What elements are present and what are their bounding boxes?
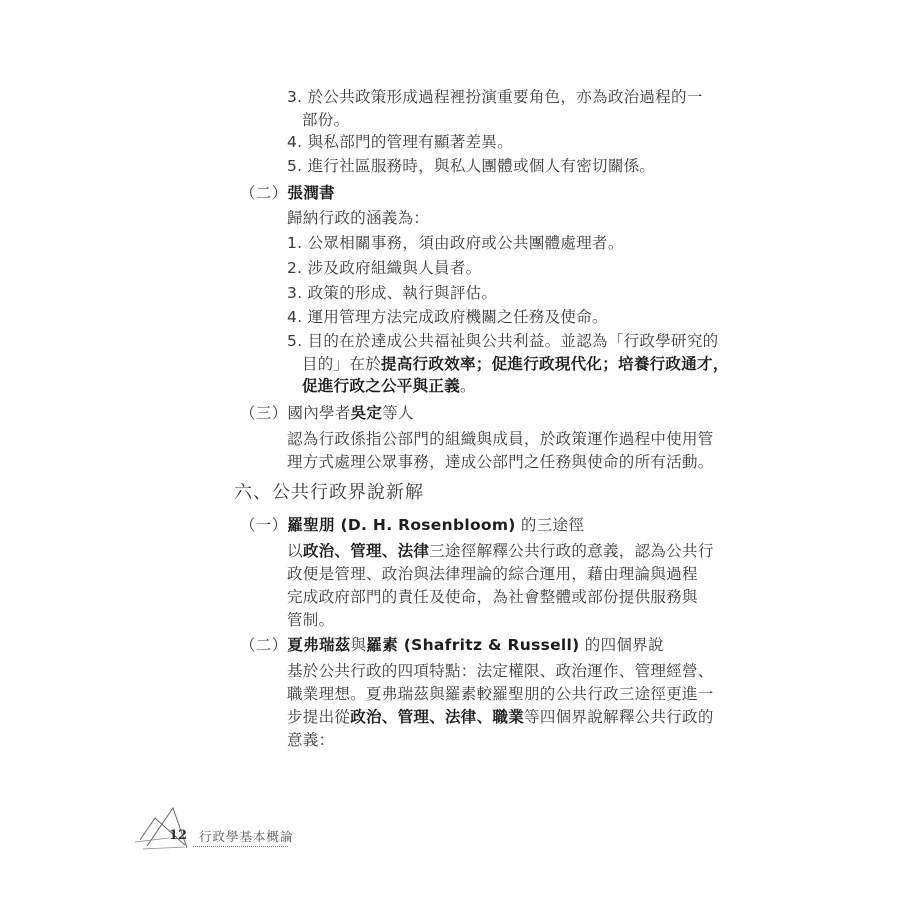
author-name: 吳定	[351, 404, 383, 422]
list-item: 4. 運用管理方法完成政府機關之任務及使命。	[287, 306, 608, 328]
paragraph: 職業理想。夏弗瑞茲與羅素較羅聖朋的公共行政三途徑更進一	[287, 683, 714, 705]
chapter-heading: 六、公共行政界說新解	[234, 482, 424, 504]
paragraph: 政便是管理、政治與法律理論的綜合運用，藉由理論與過程	[287, 563, 698, 585]
paragraph: 步提出從政治、管理、法律、職業等四個界說解釋公共行政的	[287, 706, 714, 728]
paragraph: 管制。	[287, 609, 334, 631]
document-page: 3. 於公共政策形成過程裡扮演重要角色，亦為政治過程的一 部份。 4. 與私部門…	[0, 0, 900, 900]
author-name: 夏弗瑞茲	[287, 636, 350, 654]
author-name: 羅聖朋 (D. H. Rosenbloom)	[287, 516, 515, 534]
list-item: 2. 涉及政府組織與人員者。	[287, 257, 481, 279]
author-name: 羅素 (Shafritz & Russell)	[366, 636, 579, 654]
author-name: 張潤書	[287, 184, 334, 202]
page-number: 12	[169, 828, 187, 843]
page-footer: 12 行政學基本概論	[135, 800, 305, 855]
paragraph: 完成政府部門的責任及使命，為社會整體或部份提供服務與	[287, 586, 698, 608]
text: 步提出從	[287, 708, 350, 726]
paragraph: 理方式處理公眾事務，達成公部門之任務與使命的所有活動。	[287, 451, 714, 473]
section-heading: （三）國內學者吳定等人	[240, 402, 414, 424]
emphasis: 促進行政之公平與正義	[302, 377, 460, 395]
list-item-cont: 部份。	[302, 109, 349, 131]
emphasis: 政治、管理、法律	[303, 542, 429, 560]
text: 以	[287, 542, 303, 560]
text: 與	[351, 636, 367, 654]
text: 。	[460, 377, 476, 395]
list-item: 5. 進行社區服務時，與私人團體或個人有密切關係。	[287, 155, 655, 177]
paragraph: 認為行政係指公部門的組織與成員，於政策運作過程中使用管	[287, 428, 714, 450]
list-item: 5. 目的在於達成公共福祉與公共利益。並認為「行政學研究的	[287, 330, 718, 352]
text: 的四個界說	[580, 636, 664, 654]
text: 等人	[382, 404, 414, 422]
emphasis: 提高行政效率；促進行政現代化；培養行政通才，	[381, 355, 729, 373]
text: 國內學者	[287, 404, 350, 422]
section-marker: （一）	[240, 516, 287, 534]
section-heading: （一）羅聖朋 (D. H. Rosenbloom) 的三途徑	[240, 514, 584, 536]
section-marker: （二）	[240, 184, 287, 202]
section-marker: （三）	[240, 404, 287, 422]
list-item: 4. 與私部門的管理有顯著差異。	[287, 131, 513, 153]
section-marker: （二）	[240, 636, 287, 654]
book-title: 行政學基本概論	[199, 827, 294, 845]
list-item: 3. 政策的形成、執行與評估。	[287, 282, 497, 304]
list-item: 1. 公眾相關事務，須由政府或公共團體處理者。	[287, 232, 624, 254]
dotted-rule	[193, 846, 288, 847]
section-heading: （二）張潤書	[240, 182, 335, 204]
paragraph: 以政治、管理、法律三途徑解釋公共行政的意義，認為公共行	[287, 540, 714, 562]
paragraph: 歸納行政的涵義為：	[287, 207, 429, 229]
list-item: 3. 於公共政策形成過程裡扮演重要角色，亦為政治過程的一	[287, 86, 703, 108]
text: 三途徑解釋公共行政的意義，認為公共行	[429, 542, 713, 560]
list-item-cont: 促進行政之公平與正義。	[302, 375, 476, 397]
paragraph: 意義：	[287, 729, 334, 751]
section-heading: （二）夏弗瑞茲與羅素 (Shafritz & Russell) 的四個界說	[240, 634, 664, 656]
paragraph: 基於公共行政的四項特點：法定權限、政治運作、管理經營、	[287, 660, 714, 682]
text: 等四個界說解釋公共行政的	[524, 708, 714, 726]
emphasis: 政治、管理、法律、職業	[350, 708, 524, 726]
text: 的三途徑	[516, 516, 584, 534]
text: 目的」在於	[302, 355, 381, 373]
list-item-cont: 目的」在於提高行政效率；促進行政現代化；培養行政通才，	[302, 353, 729, 375]
